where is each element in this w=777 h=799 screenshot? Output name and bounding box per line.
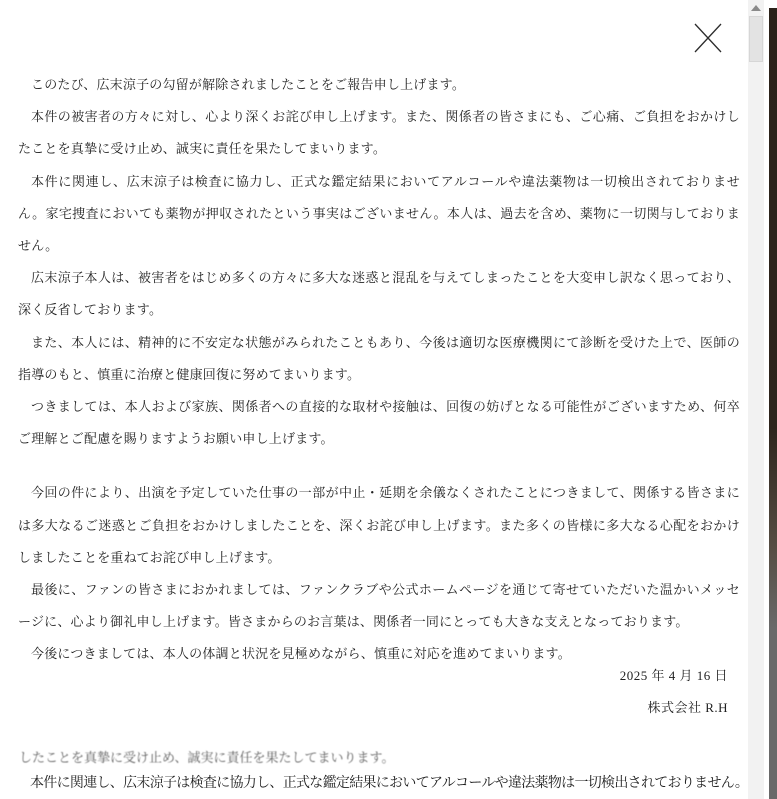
seam-repeated-line: 本件に関連し、広末涼子は検査に協力し、正式な鑑定結果においてアルコールや違法薬物… xyxy=(0,771,750,797)
seam-faded-line: したことを真摯に受け止め、誠実に責任を果たしてまいります。 xyxy=(19,749,739,767)
statement-modal: このたび、広末涼子の勾留が解除されましたことをご報告申し上げます。本件の被害者の… xyxy=(0,0,777,799)
statement-paragraph: 今回の件により、出演を予定していた仕事の一部が中止・延期を余儀なくされたことにつ… xyxy=(18,477,740,574)
scrollbar-up-arrow-icon[interactable] xyxy=(751,5,761,11)
statement-paragraph: 本件に関連し、広末涼子は検査に協力し、正式な鑑定結果においてアルコールや違法薬物… xyxy=(18,166,740,263)
statement-paragraph: このたび、広末涼子の勾留が解除されましたことをご報告申し上げます。 xyxy=(18,69,740,101)
close-icon xyxy=(691,22,729,54)
signature-block: 2025 年 4 月 16 日 株式会社 R.H xyxy=(18,660,740,724)
statement-paragraph: 広末涼子本人は、被害者をはじめ多くの方々に多大な迷惑と混乱を与えてしまったことを… xyxy=(18,262,740,326)
statement-paragraph: また、本人には、精神的に不安定な状態がみられたこともあり、今後は適切な医療機関に… xyxy=(18,327,740,391)
page-edge-strip xyxy=(769,8,777,799)
close-button[interactable] xyxy=(691,20,729,56)
statement-paragraph: 最後に、ファンの皆さまにおかれましては、ファンクラブや公式ホームページを通じて寄… xyxy=(18,574,740,638)
statement-paragraph: つきましては、本人および家族、関係者への直接的な取材や接触は、回復の妨げとなる可… xyxy=(18,391,740,455)
statement-paragraph: 本件の被害者の方々に対し、心より深くお詫び申し上げます。また、関係者の皆さまにも… xyxy=(18,101,740,165)
scrollbar[interactable] xyxy=(748,0,764,799)
date-line: 2025 年 4 月 16 日 xyxy=(18,660,740,692)
scrollbar-thumb[interactable] xyxy=(749,16,763,62)
company-line: 株式会社 R.H xyxy=(18,692,740,724)
statement-body: このたび、広末涼子の勾留が解除されましたことをご報告申し上げます。本件の被害者の… xyxy=(18,69,740,671)
